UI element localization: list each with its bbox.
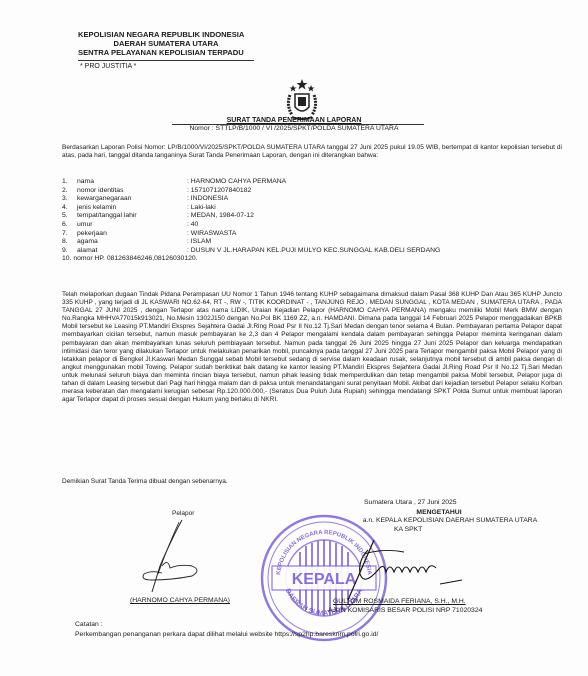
pelapor-label: Pelapor: [172, 510, 194, 517]
document-title: SURAT TANDA PENERIMAAN LAPORAN: [0, 117, 588, 124]
identity-row: 5.tempat/tanggal lahir: MEDAN, 1984-07-1…: [62, 212, 440, 221]
place-date: Sumatera Utara , 27 Juni 2025: [364, 499, 457, 506]
pro-justitia: * PRO JUSTITIA *: [80, 63, 136, 70]
document-number: Nomor : STTLP/B/1000 / VI /2025/SPKT/POL…: [0, 125, 588, 132]
agency-header: KEPOLISIAN NEGARA REPUBLIK INDONESIA DAE…: [78, 30, 254, 58]
identity-row: 3.kewarganegaraan: INDONESIA: [62, 195, 440, 204]
officer-signature-icon: [344, 540, 464, 602]
identity-row: 1.nama: HARNOMO CAHYA PERMANA: [62, 178, 440, 187]
closing-statement: Demikian Surat Tanda Terima dibuat denga…: [62, 478, 562, 486]
officer-name: GULTOM ROSMAIDA FERIANA, S.H., M.H.: [333, 598, 466, 605]
ka-spkt-label: KA SPKT: [394, 526, 422, 533]
identity-row: 6.umur: 40: [62, 221, 440, 230]
phone-row: 10. nomor HP. 081263846246,08126030120.: [62, 255, 440, 264]
identity-list: 1.nama: HARNOMO CAHYA PERMANA 2.nomor id…: [62, 178, 440, 264]
header-divider: [78, 60, 254, 61]
identity-row: 8.agama: ISLAM: [62, 238, 440, 247]
polri-emblem-icon: [284, 79, 320, 121]
officer-rank: AJUN KOMISARIS BESAR POLISI NRP 71020324: [328, 607, 482, 614]
report-body: Telah melaporkan dugaan Tindak Pidana Pe…: [62, 291, 562, 404]
catatan-label: Catatan :: [75, 621, 103, 628]
pelapor-signature-icon: [122, 518, 222, 596]
intro-paragraph: Berdasarkan Laporan Polisi Nomor: LP/B/1…: [62, 144, 562, 160]
identity-row: 4.jenis kelamin: Laki-laki: [62, 204, 440, 213]
header-line-1: KEPOLISIAN NEGARA REPUBLIK INDONESIA: [78, 30, 254, 39]
header-line-2: DAERAH SUMATERA UTARA: [78, 39, 254, 48]
pelapor-name: (HARNOMO CAHYA PERMANA): [130, 597, 230, 604]
identity-row: 7.pekerjaan: WIRASWASTA: [62, 230, 440, 239]
header-line-3: SENTRA PELAYANAN KEPOLISIAN TERPADU: [78, 48, 254, 57]
identity-row: 2.nomor identitas: 1571071207840182: [62, 187, 440, 196]
identity-row: 9.alamat: DUSUN V JL.HARAPAN KEL.PUJI MU…: [62, 247, 440, 256]
footer-note: Perkembangan penanganan perkara dapat di…: [75, 631, 378, 638]
